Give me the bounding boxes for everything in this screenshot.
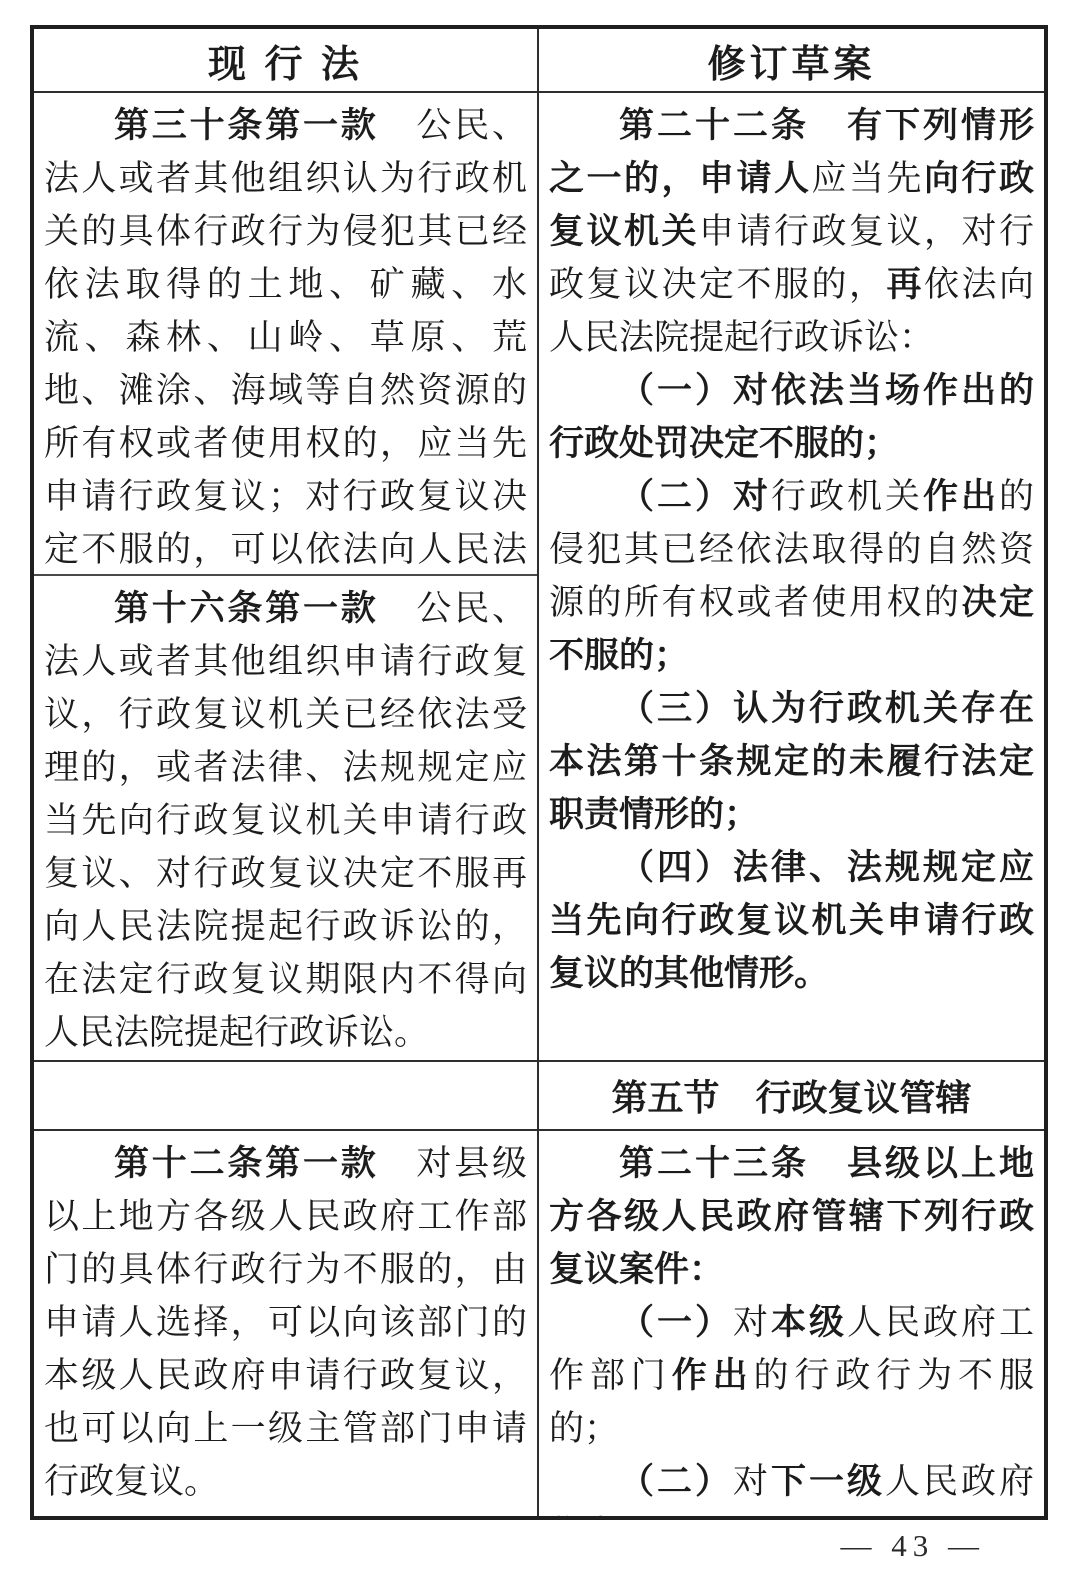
bold-text-segment: （四）法律、法规规定应当先向行政复议机关申请行政复议的其他情形。 [549, 848, 1034, 993]
cell-empty [34, 1062, 539, 1131]
paragraph: （一）对本级人民政府工作部门作出的行政行为不服的； [549, 1296, 1034, 1455]
paragraph: 第二十二条 有下列情形之一的，申请人应当先向行政复议机关申请行政复议，对行政复议… [549, 99, 1034, 364]
paragraph: （三）认为行政机关存在本法第十条规定的未履行法定职责情形的； [549, 682, 1034, 841]
paragraph: 第十六条第一款 公民、法人或者其他组织申请行政复议，行政复议机关已经依法受理的，… [44, 582, 527, 1059]
bold-text-segment: （三）认为行政机关存在本法第十条规定的未履行法定职责情形的； [549, 689, 1034, 834]
text-segment: 对 [733, 1462, 771, 1501]
paragraph: 第三十条第一款 公民、法人或者其他组织认为行政机关的具体行政行为侵犯其已经依法取… [44, 99, 527, 576]
bold-text-segment: 第二十三条 县级以上地方各级人民政府管辖下列行政复议案件： [549, 1144, 1034, 1289]
text-segment: 的行政行为不服的； [619, 1515, 934, 1516]
bold-text-segment: （二）对 [619, 477, 771, 516]
text-segment: 行政机关 [771, 477, 923, 516]
text-segment: 应当先 [811, 159, 924, 198]
bold-text-segment: 第十二条第一款 [114, 1144, 379, 1183]
bold-text-segment: （二） [619, 1462, 733, 1501]
text-segment: 人民政府 [885, 1462, 1034, 1501]
bold-text-segment: 作出 [923, 477, 999, 516]
bold-text-segment: 本级 [771, 1303, 847, 1342]
bold-text-segment: （一） [619, 1303, 733, 1342]
bold-text-segment: 再 [886, 265, 924, 304]
paragraph: （二）对下一级人民政府作出的行政行为不服的； [549, 1455, 1034, 1516]
text-segment: 公民、法人或者其他组织申请行政复议，行政复议机关已经依法受理的，或者法律、法规规… [44, 589, 527, 1052]
cell-article-22: 第二十二条 有下列情形之一的，申请人应当先向行政复议机关申请行政复议，对行政复议… [539, 93, 1044, 1062]
header-revision-draft: 修订草案 [539, 29, 1044, 93]
paragraph: （二）对行政机关作出的侵犯其已经依法取得的自然资源的所有权或者使用权的决定不服的… [549, 470, 1034, 682]
paragraph: （一）对依法当场作出的行政处罚决定不服的； [549, 364, 1034, 470]
text-segment: 对县级以上地方各级人民政府工作部门的具体行政行为不服的，由申请人选择，可以向该部… [44, 1144, 527, 1501]
cell-article-16: 第十六条第一款 公民、法人或者其他组织申请行政复议，行政复议机关已经依法受理的，… [34, 576, 537, 1060]
comparison-table: 现 行 法 修订草案 第三十条第一款 公民、法人或者其他组织认为行政机关的具体行… [30, 25, 1048, 1520]
header-current-law: 现 行 法 [34, 29, 539, 93]
section-heading-review-jurisdiction: 第五节 行政复议管辖 [539, 1062, 1044, 1131]
text-segment: 对 [733, 1303, 771, 1342]
bold-text-segment: 第十六条第一款 [114, 589, 379, 628]
paragraph: 第十二条第一款 对县级以上地方各级人民政府工作部门的具体行政行为不服的，由申请人… [44, 1137, 527, 1508]
bold-text-segment: 第三十条第一款 [114, 106, 379, 145]
text-segment: 公民、法人或者其他组织认为行政机关的具体行政行为侵犯其已经依法取得的土地、矿藏、… [44, 106, 527, 576]
paragraph: 第二十三条 县级以上地方各级人民政府管辖下列行政复议案件： [549, 1137, 1034, 1296]
page-number: — 43 — [841, 1528, 986, 1564]
paragraph: （四）法律、法规规定应当先向行政复议机关申请行政复议的其他情形。 [549, 841, 1034, 1000]
cell-article-12: 第十二条第一款 对县级以上地方各级人民政府工作部门的具体行政行为不服的，由申请人… [34, 1131, 539, 1516]
cell-article-30: 第三十条第一款 公民、法人或者其他组织认为行政机关的具体行政行为侵犯其已经依法取… [34, 93, 537, 576]
bold-text-segment: 作出 [672, 1356, 754, 1395]
bold-text-segment: 作出 [549, 1515, 619, 1516]
bold-text-segment: （一）对依法当场作出的行政处罚决定不服的； [549, 371, 1034, 463]
cell-article-23: 第二十三条 县级以上地方各级人民政府管辖下列行政复议案件：（一）对本级人民政府工… [539, 1131, 1044, 1516]
bold-text-segment: 下一级 [771, 1462, 885, 1501]
left-column-row1: 第三十条第一款 公民、法人或者其他组织认为行政机关的具体行政行为侵犯其已经依法取… [34, 93, 539, 1062]
